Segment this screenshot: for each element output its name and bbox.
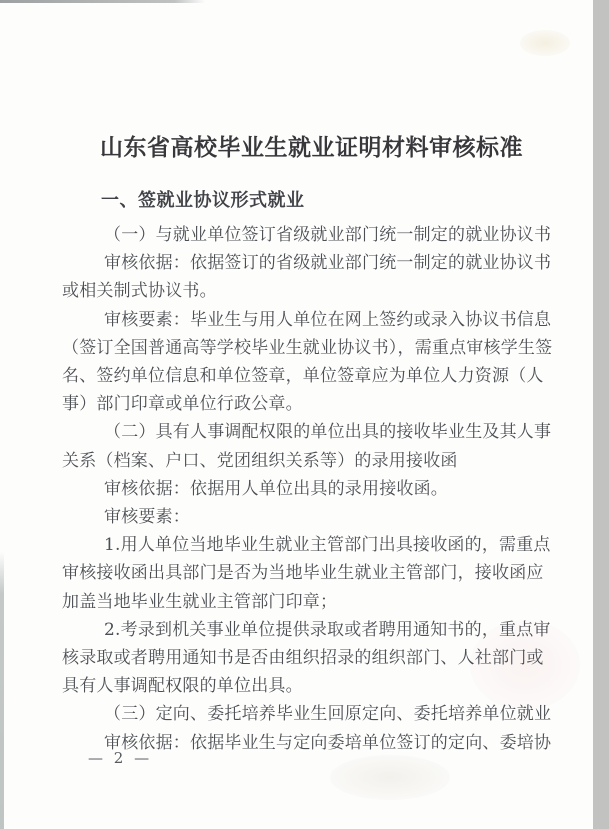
body-line: 审核依据：依据用人单位出具的录用接收函。 (62, 475, 545, 503)
body-line: （三）定向、委托培养毕业生回原定向、委托培养单位就业 (62, 700, 545, 728)
scan-smudge-artifact (520, 30, 570, 56)
document-title: 山东省高校毕业生就业证明材料审核标准 (62, 133, 561, 163)
body-line: 审核依据：依据签订的省级就业部门统一制定的就业协议书 (62, 249, 545, 277)
body-line: 加盖当地毕业生就业主管部门印章； (62, 588, 545, 616)
body-line: 审核要素： (62, 503, 545, 531)
body-line: 2.考录到机关事业单位提供录取或者聘用通知书的，重点审 (62, 616, 545, 644)
body-line: 或相关制式协议书。 (62, 277, 545, 305)
document-body: （一）与就业单位签订省级就业部门统一制定的就业协议书审核依据：依据签订的省级就业… (62, 221, 545, 757)
page-number: — 2 — (88, 749, 152, 767)
body-line: 事）部门印章或单位行政公章。 (62, 390, 545, 418)
scan-smudge-artifact (330, 755, 450, 800)
section-heading: 一、签就业协议形式就业 (101, 189, 305, 213)
document-page: 山东省高校毕业生就业证明材料审核标准 一、签就业协议形式就业 （一）与就业单位签… (0, 0, 593, 829)
body-line: 审核接收函出具部门是否为当地毕业生就业主管部门，接收函应 (62, 559, 545, 587)
scan-edge-artifact-left (0, 552, 4, 829)
scan-edge-artifact-top (0, 0, 205, 3)
body-line: （签订全国普通高等学校毕业生就业协议书），需重点审核学生签 (62, 334, 545, 362)
body-line: （二）具有人事调配权限的单位出具的接收毕业生及其人事 (62, 418, 545, 446)
body-line: 核录取或者聘用通知书是否由组织招录的组织部门、人社部门或 (62, 644, 545, 672)
body-line: 1.用人单位当地毕业生就业主管部门出具接收函的，需重点 (62, 531, 545, 559)
body-line: 名、签约单位信息和单位签章，单位签章应为单位人力资源（人 (62, 362, 545, 390)
body-line: 审核要素：毕业生与用人单位在网上签约或录入协议书信息 (62, 306, 545, 334)
body-line: 关系（档案、户口、党团组织关系等）的录用接收函 (62, 447, 545, 475)
body-line: （一）与就业单位签订省级就业部门统一制定的就业协议书 (62, 221, 545, 249)
body-line: 具有人事调配权限的单位出具。 (62, 672, 545, 700)
